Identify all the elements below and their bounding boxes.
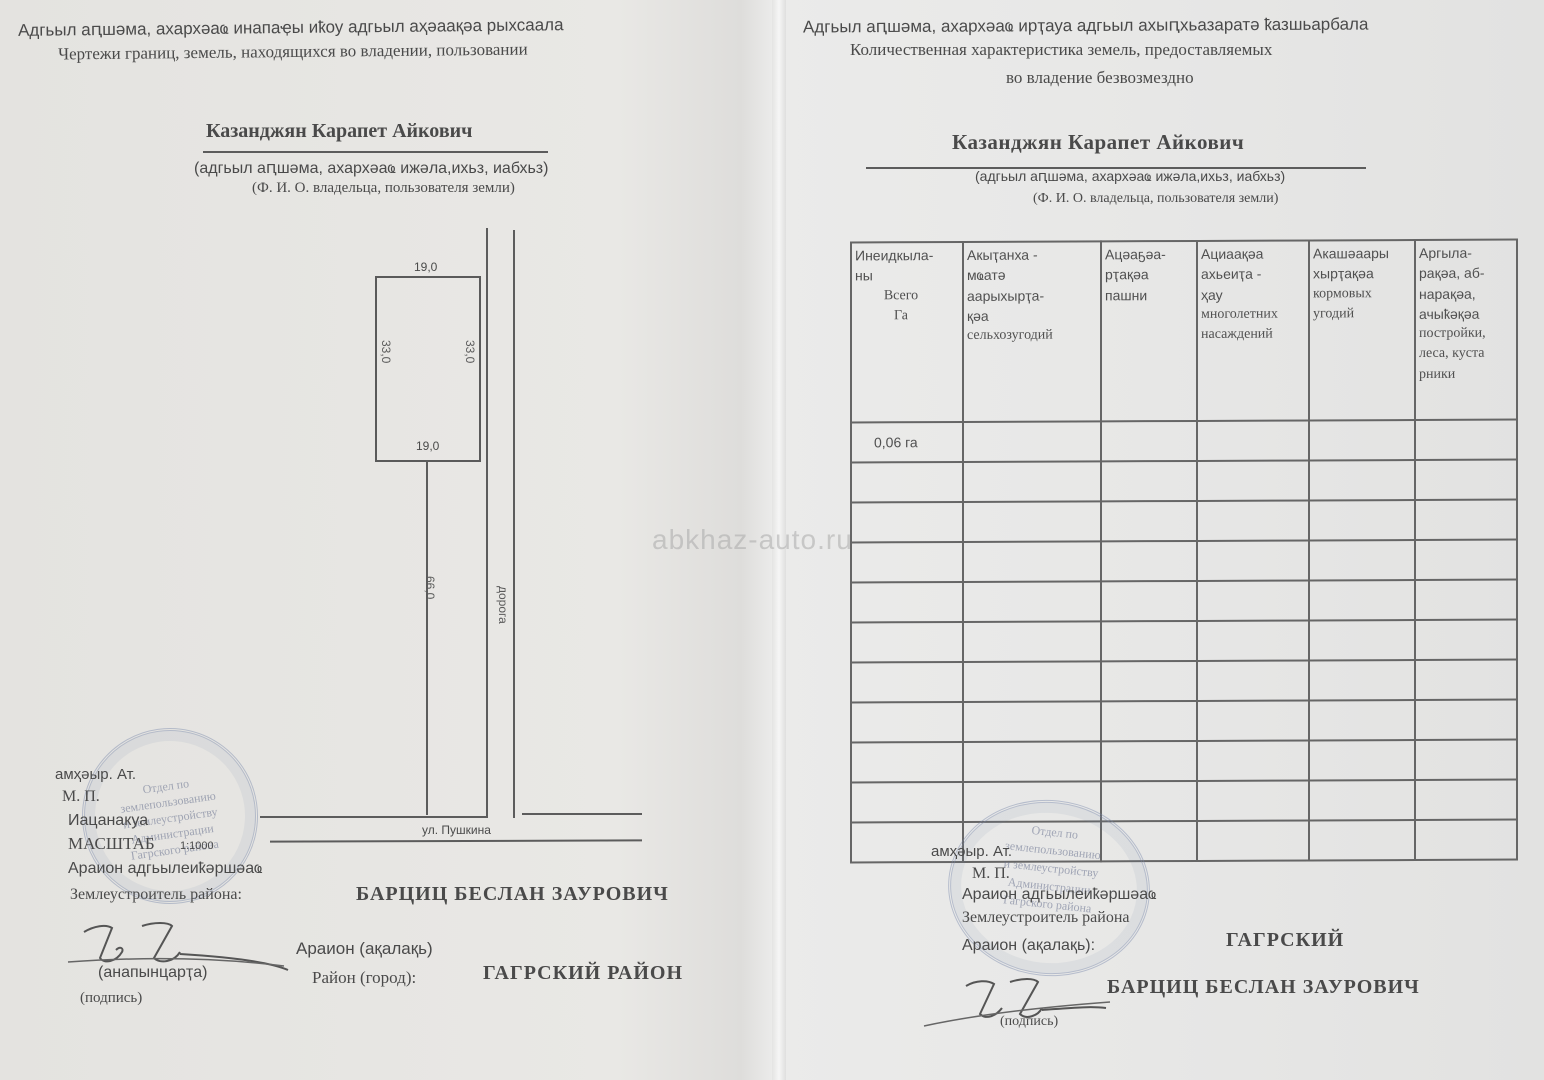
table-cell [963,741,1101,782]
table-cell [851,742,963,782]
table-cell [1415,620,1517,660]
table-cell [1415,460,1517,500]
table-cell [1309,420,1415,460]
left-district-value: ГАГРСКИЙ РАЙОН [483,962,683,985]
table-cell [851,502,963,542]
table-row [851,780,1517,823]
street-label: ул. Пушкина [422,823,491,837]
table-cell [963,541,1101,582]
scale-label-abkhaz: Иацанакуа [68,812,148,830]
table-cell [1197,780,1309,820]
table-cell: 0,06 га [851,422,963,462]
right-signature-caption: (подпись) [1000,1014,1058,1030]
table-cell [1101,541,1197,581]
table-cell [1101,661,1197,701]
table-cell [1197,700,1309,740]
table-cell [1309,740,1415,780]
table-cell [1309,500,1415,540]
table-cell [1309,820,1415,860]
left-title-russian: Чертежи границ, земель, находящихся во в… [58,40,528,65]
table-cell [1415,740,1517,780]
left-owner-name: Казанджян Карапет Айкович [206,120,472,143]
table-cell [1197,500,1309,540]
watermark: abkhaz-auto.ru [652,524,853,556]
left-signature-caption-russian: (подпись) [80,990,142,1007]
table-cell [1415,580,1517,620]
left-stamp-place-russian: М. П. [62,788,100,806]
left-district-russian: Район (город): [312,968,416,988]
right-owner-caption-russian: (Ф. И. О. владельца, пользователя земли) [1033,191,1278,207]
right-district-value: ГАГРСКИЙ [1226,929,1344,952]
right-title-russian-line1: Количественная характеристика земель, пр… [850,40,1272,60]
table-header-row: Инеидкыла- ныВсего Га Акыҭанха - мҩатә а… [851,240,1517,423]
table-cell [1101,741,1197,781]
table-cell [1101,621,1197,661]
table-cell [851,582,963,622]
table-cell [851,782,963,822]
table-row [851,740,1517,783]
table-cell [963,461,1101,502]
left-stamp-place-abkhaz: амҳәыр. Ат. [55,766,136,783]
right-surveyor-name: БАРЦИЦ БЕСЛАН ЗАУРОВИЧ [1107,976,1420,999]
table-cell [1197,620,1309,660]
table-row [851,580,1517,623]
left-owner-caption-abkhaz: (адгьыл аԥшәма, ахархәаҩ ижәла,ихьз, иаб… [194,158,548,178]
table-cell [1415,780,1517,820]
access-path-length: 66,0 [423,576,437,599]
table-cell [1197,740,1309,780]
table-row [851,620,1517,663]
street-top-edge-left [260,816,488,818]
col-arable-land: Ацәаҕәа- рҭақәапашни [1101,241,1197,421]
right-stamp-place-abkhaz: амҳәыр. Ат. [931,843,1012,860]
table-cell [1101,501,1197,541]
table-cell [1101,461,1197,501]
table-cell [1309,660,1415,700]
street-bottom-edge [270,839,642,842]
right-owner-name: Казанджян Карапет Айкович [952,130,1244,155]
right-surveyor-russian: Землеустроитель района [962,909,1129,927]
table-row [851,500,1517,543]
road-label: дорога [496,586,510,624]
table-cell [1309,780,1415,820]
table-cell [851,622,963,662]
table-cell [1415,660,1517,700]
table-row [851,660,1517,703]
plot-left-side: 33,0 [379,340,393,363]
left-district-abkhaz: Араион (ақалақь) [296,939,433,959]
table-cell [963,501,1101,542]
road-right-edge [513,230,515,818]
table-cell [1197,660,1309,700]
left-owner-caption-russian: (Ф. И. О. владельца, пользователя земли) [252,180,515,197]
table-cell [963,701,1101,742]
table-cell [1197,460,1309,500]
table-cell [1197,580,1309,620]
col-buildings-forests: Аргыла- рақәа, аб- нарақәа, ачыҟәқәапост… [1415,240,1517,420]
right-surveyor-abkhaz: Араион адгьылеиҟәршәаҩ [962,886,1156,904]
street-top-edge-right [522,813,642,815]
table-cell [1415,500,1517,540]
table-cell [1197,420,1309,460]
scale-value: 1:1000 [180,840,214,852]
table-cell [1309,460,1415,500]
plot-rectangle [375,276,481,462]
table-row [851,700,1517,743]
left-surveyor-abkhaz: Араион адгьылеиҟәршәаҩ [68,860,262,878]
right-title-abkhaz: Адгьыл аԥшәма, ахархәаҩ ирҭауа адгьыл ах… [803,15,1369,38]
table-row: 0,06 га [851,420,1517,463]
col-total: Инеидкыла- ныВсего Га [851,242,963,422]
table-cell [1309,540,1415,580]
road-left-edge [486,228,488,816]
table-cell [1197,540,1309,580]
table-cell [1415,420,1517,460]
col-forage-land: Акашәаары хырҭақәакормовых угодий [1309,240,1415,420]
col-perennial-plantings: Ациаақәа ахьеиҭа - ҳаумноголетних насажд… [1197,240,1309,420]
table-cell [1309,700,1415,740]
right-stamp-place-russian: М. П. [972,865,1010,883]
table-cell [1309,580,1415,620]
left-surveyor-name: БАРЦИЦ БЕСЛАН ЗАУРОВИЧ [356,883,669,906]
table-cell [1101,781,1197,821]
table-cell [1415,700,1517,740]
table-cell [1415,820,1517,860]
right-title-russian-line2: во владение безвозмездно [1006,68,1194,88]
plot-bottom-side: 19,0 [416,439,439,453]
table-cell [963,661,1101,702]
table-cell [1415,540,1517,580]
left-owner-underline [203,151,548,153]
table-cell [851,462,963,502]
table-cell [963,621,1101,662]
col-agricultural-land: Акыҭанха - мҩатә аарыхырҭа- қәасельхозуг… [963,241,1101,422]
table-cell [1101,421,1197,461]
plot-top-side: 19,0 [414,260,437,274]
table-cell [851,542,963,582]
right-owner-caption-abkhaz: (адгьыл аԥшәма, ахархәаҩ ижәла,ихьз, иаб… [975,168,1285,185]
access-path-line [426,460,428,815]
left-surveyor-russian: Землеустроитель района: [70,886,242,904]
table-cell [963,581,1101,622]
table-cell [1309,620,1415,660]
table-cell [1197,820,1309,860]
table-cell [851,662,963,702]
left-title-abkhaz: Адгьыл аԥшәма, ахархәаҩ инапаҿы иҟоу адг… [18,15,564,41]
scale-label: МАСШТАБ [68,834,155,854]
table-cell [1101,581,1197,621]
right-district-abkhaz: Араион (ақалақь): [962,937,1095,955]
table-row [851,460,1517,503]
table-cell [851,702,963,742]
table-cell [963,421,1101,462]
table-cell [1101,701,1197,741]
plot-right-side: 33,0 [463,340,477,363]
table-row [851,540,1517,583]
land-characteristics-table: Инеидкыла- ныВсего Га Акыҭанха - мҩатә а… [850,239,1518,864]
left-signature-caption-abkhaz: (анапынцарҭа) [98,964,207,982]
